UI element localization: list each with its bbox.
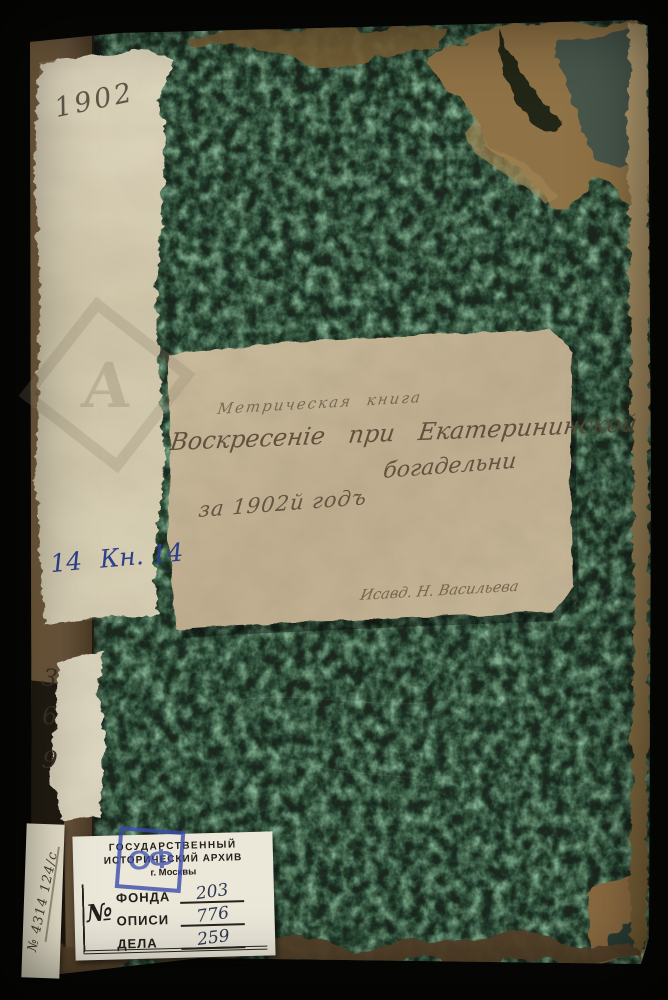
side-inventory-label: № 4314 124/с bbox=[21, 823, 64, 978]
text-overlay: 1902 А 14 Кн. 14 3 6 9 Метрическая книга… bbox=[0, 0, 668, 1000]
title-line-almshouse: богадельни bbox=[382, 449, 517, 484]
title-line-year: за 1902й годъ bbox=[197, 485, 368, 522]
opis-label: ОПИСИ bbox=[116, 912, 174, 929]
delo-value: 259 bbox=[196, 926, 231, 950]
watermark-letter: А bbox=[78, 349, 136, 422]
side-label-text: № 4314 124/с bbox=[25, 849, 61, 952]
blue-square-ink-stamp: ОФ bbox=[115, 826, 186, 893]
delo-row: ДЕЛА 259 bbox=[117, 928, 245, 951]
shelf-number: 14 bbox=[49, 546, 83, 578]
title-line-book-type: Метрическая книга bbox=[216, 388, 423, 418]
pencil-year: 1902 bbox=[52, 75, 146, 124]
title-label-text: Метрическая книга Воскресеніе при Екатер… bbox=[160, 322, 582, 636]
patch-digit: 6 bbox=[41, 702, 58, 731]
opis-value: 776 bbox=[195, 903, 230, 927]
delo-label: ДЕЛА bbox=[117, 935, 175, 952]
patch-digit: 9 bbox=[41, 745, 59, 774]
archive-stamp-label: ГОСУДАРСТВЕННЫЙ ИСТОРИЧЕСКИЙ АРХИВ г. Мо… bbox=[72, 831, 275, 960]
blue-stamp-letters: ОФ bbox=[127, 843, 173, 877]
title-signature: Исавд. Н. Васильева bbox=[359, 579, 520, 604]
numero-sign: № bbox=[85, 897, 114, 928]
patch-digit: 3 bbox=[40, 663, 59, 693]
delo-underline: 259 bbox=[181, 926, 246, 950]
opis-underline: 776 bbox=[180, 903, 245, 927]
fond-underline: 203 bbox=[180, 880, 245, 904]
archival-book-cover-photo: 1902 А 14 Кн. 14 3 6 9 Метрическая книга… bbox=[0, 0, 668, 1000]
opis-row: ОПИСИ 776 bbox=[116, 905, 244, 928]
fond-value: 203 bbox=[195, 880, 230, 904]
